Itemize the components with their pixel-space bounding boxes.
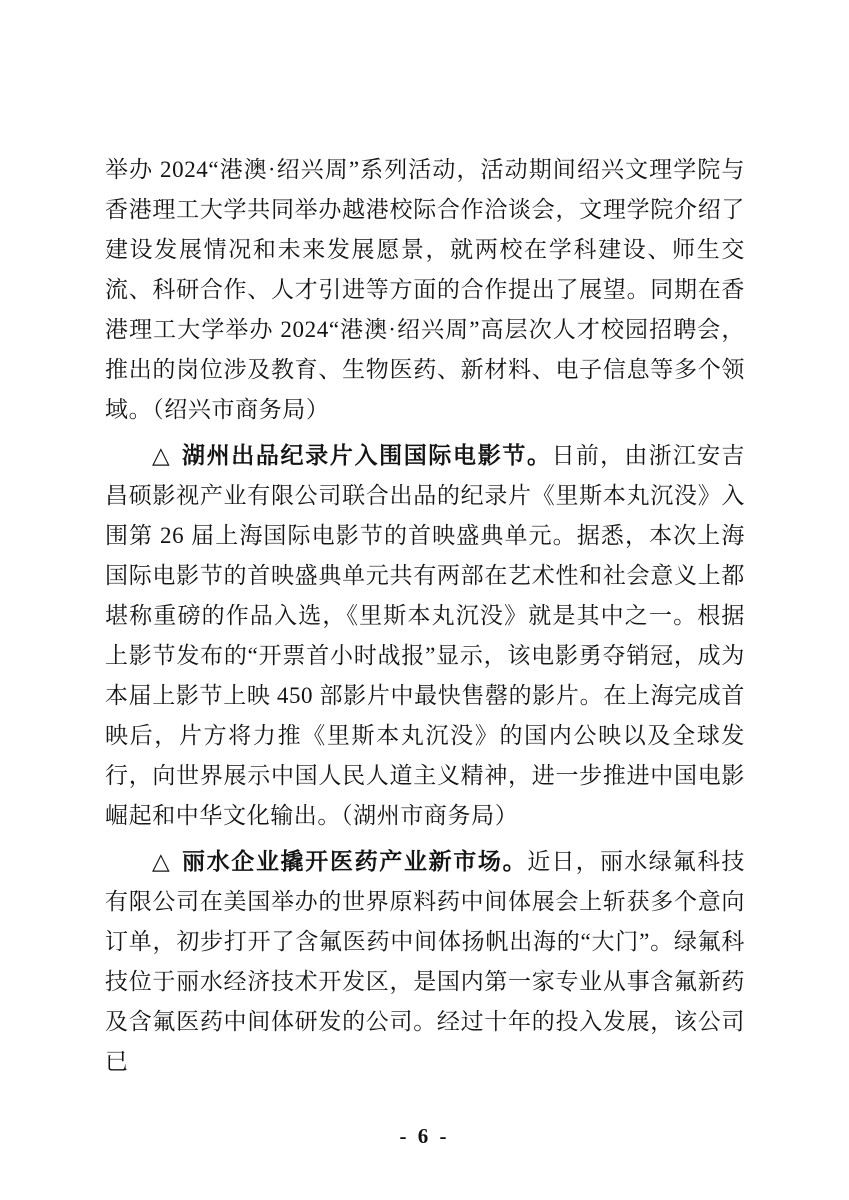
triangle-marker-icon: △ [152,443,171,468]
text-block: 举办 2024“港澳·绍兴周”系列活动，活动期间绍兴文理学院与香港理工大学共同举… [105,150,745,1087]
page-number: - 6 - [0,1124,849,1149]
news-item-lishui: △丽水企业撬开医药产业新市场。近日，丽水绿氟科技有限公司在美国举办的世界原料药中… [105,841,745,1082]
paragraph-body: 日前，由浙江安吉昌硕影视产业有限公司联合出品的纪录片《里斯本丸沉没》入围第 26… [105,443,745,828]
document-page: 举办 2024“港澳·绍兴周”系列活动，活动期间绍兴文理学院与香港理工大学共同举… [0,0,849,1200]
triangle-marker-icon: △ [152,849,171,874]
news-item-heading: 湖州出品纪录片入围国际电影节。 [182,442,552,468]
paragraph-body: 近日，丽水绿氟科技有限公司在美国举办的世界原料药中间体展会上斩获多个意向订单，初… [105,849,745,1074]
news-item-heading: 丽水企业撬开医药产业新市场。 [182,848,527,874]
news-item-huzhou: △湖州出品纪录片入围国际电影节。日前，由浙江安吉昌硕影视产业有限公司联合出品的纪… [105,435,745,836]
paragraph-continued: 举办 2024“港澳·绍兴周”系列活动，活动期间绍兴文理学院与香港理工大学共同举… [105,150,745,430]
paragraph-body: 举办 2024“港澳·绍兴周”系列活动，活动期间绍兴文理学院与香港理工大学共同举… [105,157,745,422]
